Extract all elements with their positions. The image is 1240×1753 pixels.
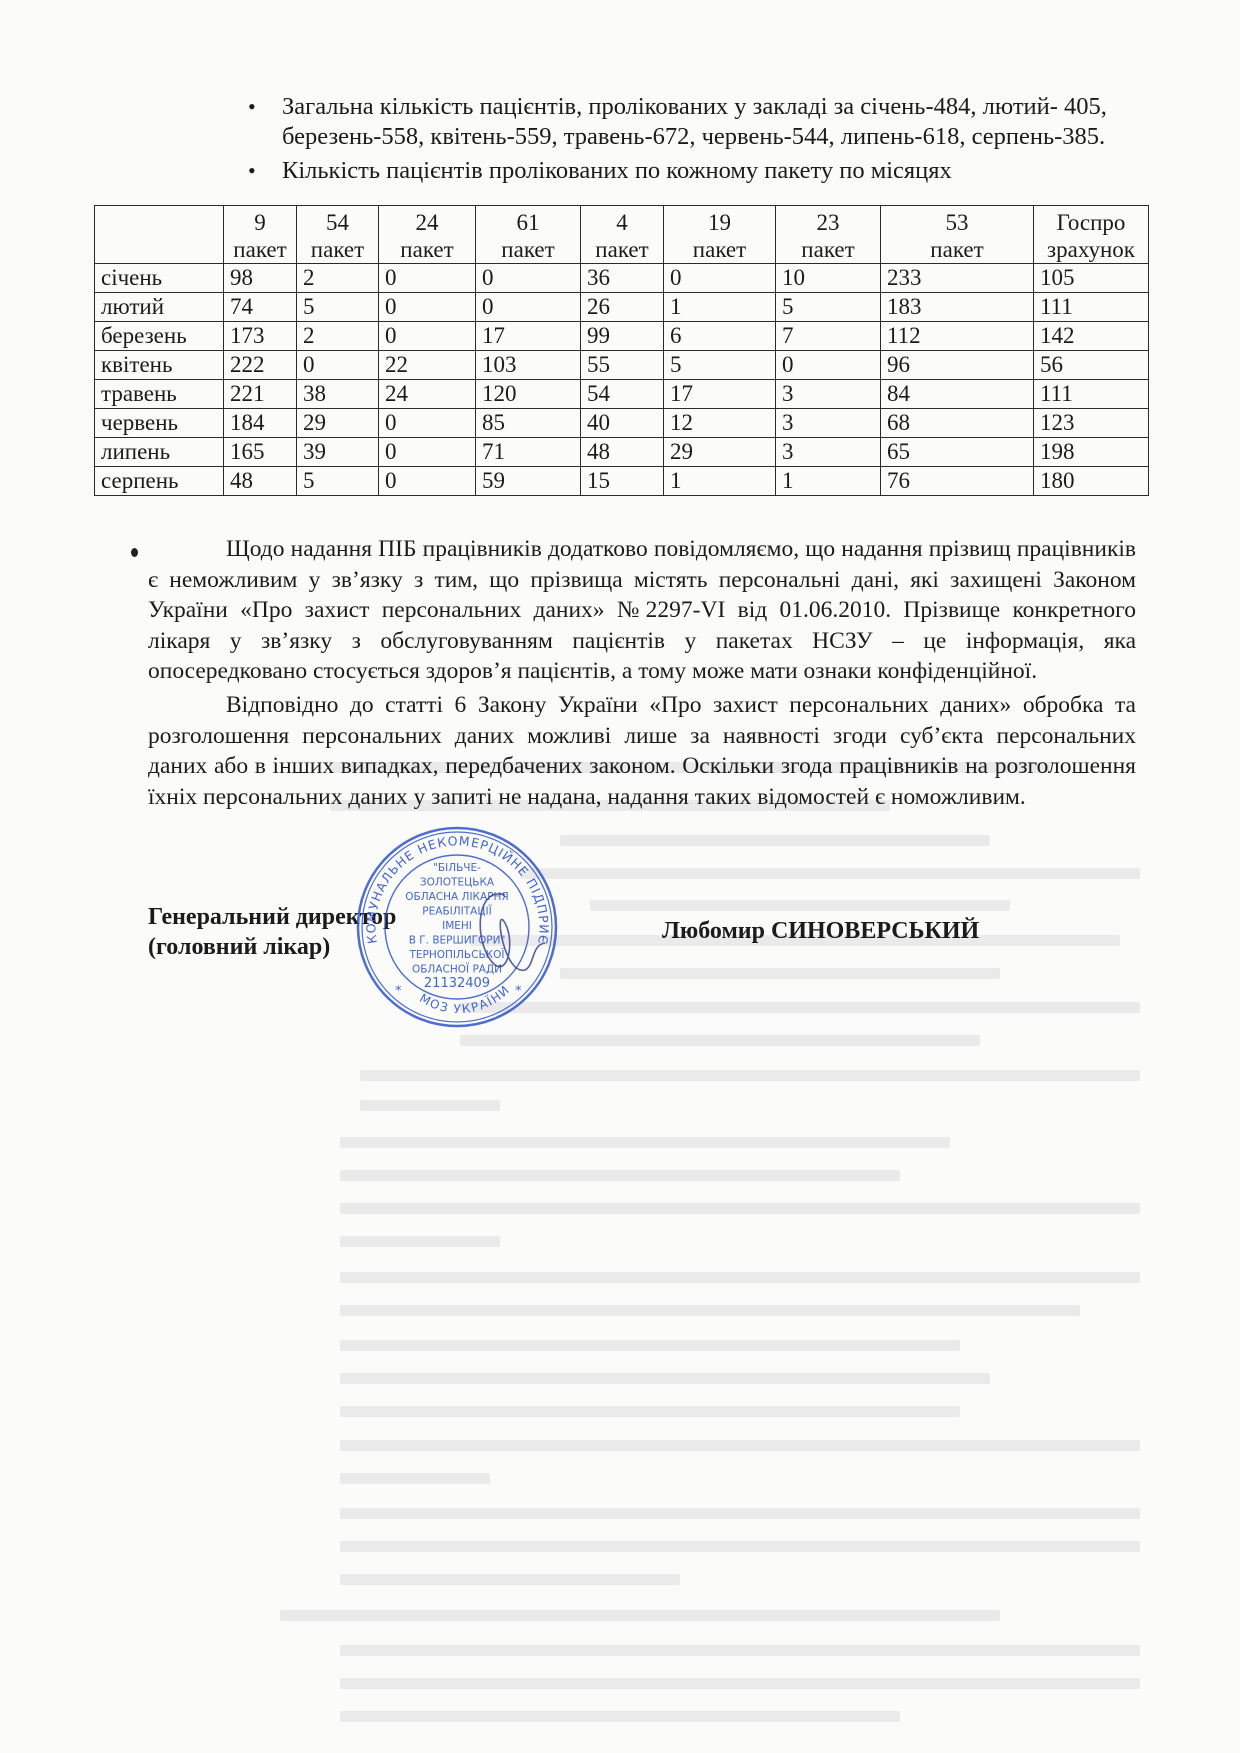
column-header-label: пакет: [887, 236, 1027, 263]
column-header-number: 4: [587, 209, 657, 236]
value-cell: 112: [881, 322, 1034, 351]
value-cell: 0: [297, 351, 379, 380]
value-cell: 103: [476, 351, 581, 380]
value-cell: 5: [664, 351, 776, 380]
column-header-label: пакет: [230, 236, 290, 263]
value-cell: 221: [224, 380, 297, 409]
value-cell: 55: [581, 351, 664, 380]
value-cell: 0: [476, 293, 581, 322]
value-cell: 22: [379, 351, 476, 380]
value-cell: 96: [881, 351, 1034, 380]
packages-by-month-table: 9пакет54пакет24пакет61пакет4пакет19пакет…: [94, 205, 1149, 496]
value-cell: 38: [297, 380, 379, 409]
table-row: травень22138241205417384111: [95, 380, 1149, 409]
signatory-name: Любомир СИНОВЕРСЬКИЙ: [662, 918, 979, 945]
bullet-total-patients: Загальна кількість пацієнтів, пролікован…: [248, 92, 1148, 152]
value-cell: 17: [664, 380, 776, 409]
svg-text:ІМЕНІ: ІМЕНІ: [442, 920, 472, 932]
column-header: 9пакет: [224, 206, 297, 264]
value-cell: 0: [476, 264, 581, 293]
svg-text:"БІЛЬЧЕ-: "БІЛЬЧЕ-: [433, 862, 481, 874]
value-cell: 183: [881, 293, 1034, 322]
value-cell: 39: [297, 438, 379, 467]
column-header-label: пакет: [303, 236, 372, 263]
document-page: Загальна кількість пацієнтів, пролікован…: [0, 0, 1240, 1753]
paragraph-article-6: Відповідно до статті 6 Закону України «П…: [148, 690, 1136, 812]
value-cell: 1: [664, 467, 776, 496]
table-row: березень17320179967112142: [95, 322, 1149, 351]
paragraph-names-privacy: Щодо надання ПІБ працівників додатково п…: [148, 534, 1136, 687]
column-header-label: зрахунок: [1040, 236, 1142, 263]
month-cell: липень: [95, 438, 224, 467]
month-cell: травень: [95, 380, 224, 409]
month-cell: червень: [95, 409, 224, 438]
value-cell: 180: [1034, 467, 1149, 496]
column-header: 24пакет: [379, 206, 476, 264]
value-cell: 2: [297, 264, 379, 293]
column-header-number: 23: [782, 209, 874, 236]
svg-text:ЗОЛОТЕЦЬКА: ЗОЛОТЕЦЬКА: [420, 877, 495, 889]
value-cell: 142: [1034, 322, 1149, 351]
value-cell: 71: [476, 438, 581, 467]
value-cell: 184: [224, 409, 297, 438]
value-cell: 0: [379, 293, 476, 322]
value-cell: 3: [776, 438, 881, 467]
value-cell: 56: [1034, 351, 1149, 380]
svg-text:ТЕРНОПІЛЬСЬКОЇ: ТЕРНОПІЛЬСЬКОЇ: [409, 948, 506, 961]
value-cell: 3: [776, 409, 881, 438]
value-cell: 5: [297, 293, 379, 322]
value-cell: 1: [776, 467, 881, 496]
value-cell: 17: [476, 322, 581, 351]
value-cell: 26: [581, 293, 664, 322]
value-cell: 98: [224, 264, 297, 293]
table-row: червень184290854012368123: [95, 409, 1149, 438]
value-cell: 76: [881, 467, 1034, 496]
value-cell: 105: [1034, 264, 1149, 293]
value-cell: 68: [881, 409, 1034, 438]
value-cell: 165: [224, 438, 297, 467]
table-row: квітень22202210355509656: [95, 351, 1149, 380]
value-cell: 5: [297, 467, 379, 496]
svg-text:21132409: 21132409: [424, 976, 490, 991]
month-cell: квітень: [95, 351, 224, 380]
value-cell: 36: [581, 264, 664, 293]
column-header-number: 53: [887, 209, 1027, 236]
value-cell: 84: [881, 380, 1034, 409]
table-header-row: 9пакет54пакет24пакет61пакет4пакет19пакет…: [95, 206, 1149, 264]
value-cell: 173: [224, 322, 297, 351]
column-header-label: пакет: [385, 236, 469, 263]
column-header-label: пакет: [482, 236, 574, 263]
value-cell: 2: [297, 322, 379, 351]
table-row: лютий745002615183111: [95, 293, 1149, 322]
value-cell: 40: [581, 409, 664, 438]
value-cell: 48: [224, 467, 297, 496]
value-cell: 65: [881, 438, 1034, 467]
month-cell: серпень: [95, 467, 224, 496]
value-cell: 59: [476, 467, 581, 496]
table-row: липень165390714829365198: [95, 438, 1149, 467]
column-header: 19пакет: [664, 206, 776, 264]
value-cell: 15: [581, 467, 664, 496]
column-header-number: 9: [230, 209, 290, 236]
month-cell: січень: [95, 264, 224, 293]
bullet-per-package-intro: Кількість пацієнтів пролікованих по кожн…: [248, 156, 1148, 186]
ink-mark: [131, 548, 138, 557]
column-header-label: пакет: [670, 236, 769, 263]
value-cell: 111: [1034, 380, 1149, 409]
column-header: 53пакет: [881, 206, 1034, 264]
value-cell: 1: [664, 293, 776, 322]
value-cell: 85: [476, 409, 581, 438]
value-cell: 99: [581, 322, 664, 351]
column-header: 54пакет: [297, 206, 379, 264]
header-corner-empty: [95, 206, 224, 264]
svg-text:*: *: [515, 984, 522, 999]
svg-text:*: *: [395, 984, 402, 999]
column-header: Госпрозрахунок: [1034, 206, 1149, 264]
value-cell: 5: [776, 293, 881, 322]
column-header-number: 24: [385, 209, 469, 236]
svg-text:ОБЛАСНОЇ РАДИ: ОБЛАСНОЇ РАДИ: [412, 963, 502, 976]
value-cell: 123: [1034, 409, 1149, 438]
column-header: 23пакет: [776, 206, 881, 264]
value-cell: 0: [379, 409, 476, 438]
value-cell: 29: [664, 438, 776, 467]
value-cell: 0: [379, 322, 476, 351]
value-cell: 222: [224, 351, 297, 380]
column-header-label: пакет: [587, 236, 657, 263]
column-header-label: пакет: [782, 236, 874, 263]
value-cell: 0: [379, 467, 476, 496]
value-cell: 12: [664, 409, 776, 438]
column-header-number: 54: [303, 209, 372, 236]
column-header-number: Госпро: [1040, 209, 1142, 236]
table-row: серпень485059151176180: [95, 467, 1149, 496]
value-cell: 24: [379, 380, 476, 409]
value-cell: 54: [581, 380, 664, 409]
summary-bullets: Загальна кількість пацієнтів, пролікован…: [248, 92, 1148, 186]
value-cell: 111: [1034, 293, 1149, 322]
value-cell: 0: [379, 438, 476, 467]
value-cell: 0: [664, 264, 776, 293]
column-header: 61пакет: [476, 206, 581, 264]
column-header: 4пакет: [581, 206, 664, 264]
value-cell: 6: [664, 322, 776, 351]
value-cell: 7: [776, 322, 881, 351]
column-header-number: 61: [482, 209, 574, 236]
value-cell: 74: [224, 293, 297, 322]
value-cell: 29: [297, 409, 379, 438]
value-cell: 0: [379, 264, 476, 293]
month-cell: березень: [95, 322, 224, 351]
table-row: січень9820036010233105: [95, 264, 1149, 293]
svg-text:В Г. ВЕРШИГОРИ": В Г. ВЕРШИГОРИ": [409, 935, 506, 947]
value-cell: 120: [476, 380, 581, 409]
official-stamp-icon: КОМУНАЛЬНЕ НЕКОМЕРЦІЙНЕ ПІДПРИЄМСТВО МОЗ…: [355, 825, 560, 1030]
column-header-number: 19: [670, 209, 769, 236]
value-cell: 233: [881, 264, 1034, 293]
month-cell: лютий: [95, 293, 224, 322]
svg-text:ОБЛАСНА ЛІКАРНЯ: ОБЛАСНА ЛІКАРНЯ: [405, 891, 508, 903]
value-cell: 3: [776, 380, 881, 409]
value-cell: 10: [776, 264, 881, 293]
value-cell: 198: [1034, 438, 1149, 467]
value-cell: 48: [581, 438, 664, 467]
value-cell: 0: [776, 351, 881, 380]
